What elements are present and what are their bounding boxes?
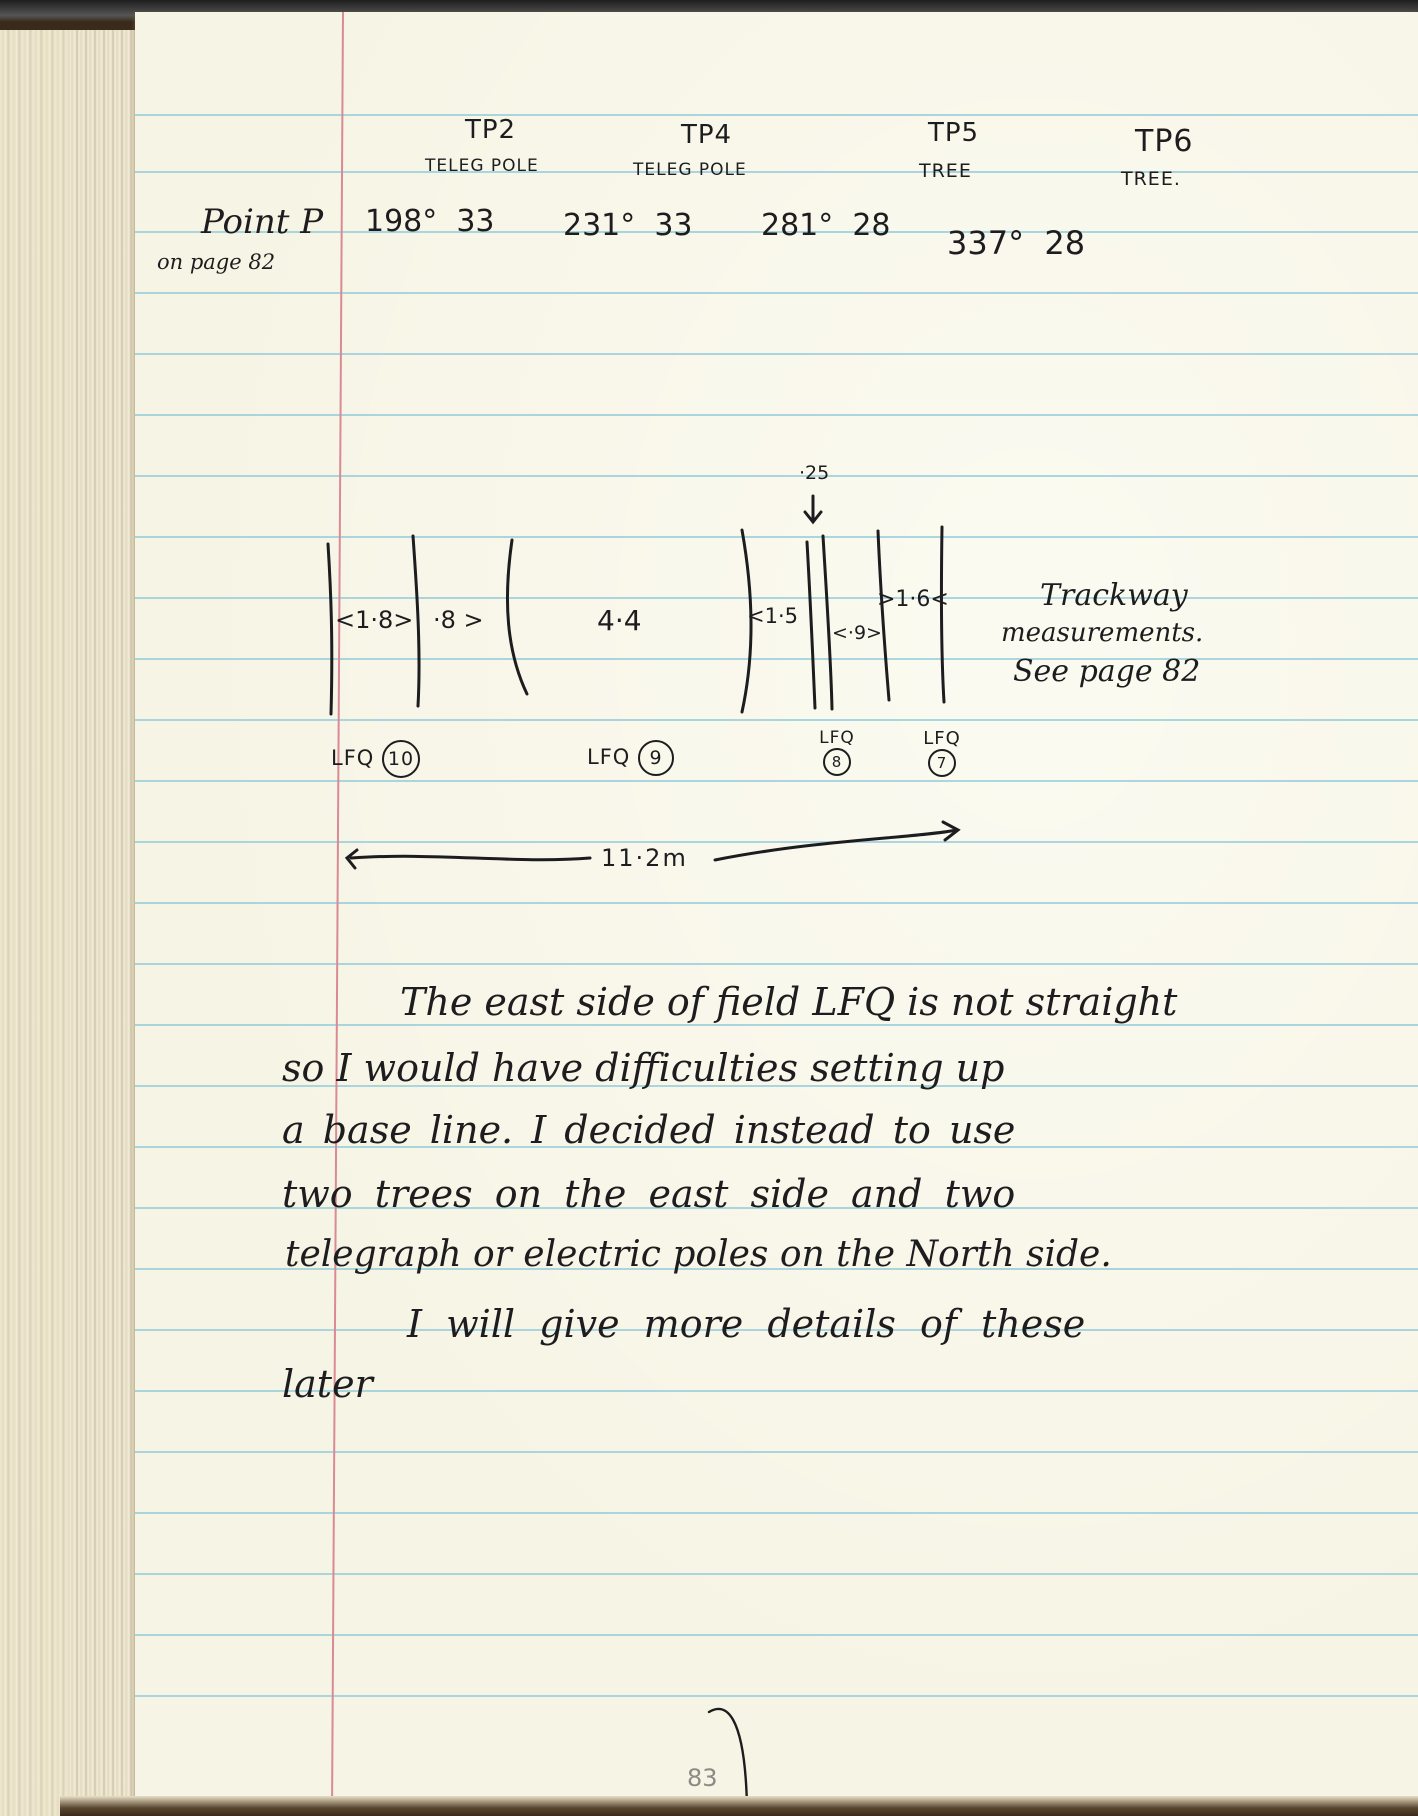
note-trackway: Trackway	[1040, 578, 1188, 613]
plot-number-circle: 8	[823, 748, 851, 776]
measurement-0-25: ·25	[799, 462, 829, 484]
measurement-1-5: <1·5	[747, 604, 798, 628]
trackway-diagram	[135, 12, 1418, 1802]
book-page-edges	[0, 30, 140, 1816]
body-line-4: two trees on the east side and two	[282, 1172, 1015, 1216]
lfq-8-label: LFQ8	[816, 728, 858, 776]
body-line-6: I will give more details of these	[407, 1302, 1085, 1346]
body-line-2: so I would have difficulties setting up	[282, 1046, 1004, 1090]
page-fold	[70, 30, 140, 1816]
body-line-3: a base line. I decided instead to use	[282, 1108, 1015, 1152]
book-bottom-edge	[60, 1796, 1418, 1816]
measurement-1-6: >1·6<	[877, 587, 949, 612]
measurement-4-4: 4·4	[597, 604, 642, 637]
page-number: 83	[687, 1764, 718, 1792]
field-code: LFQ	[331, 746, 374, 770]
lfq-7-label: LFQ7	[919, 728, 965, 777]
field-code: LFQ	[587, 745, 630, 769]
lfq-9-label: LFQ 9	[587, 740, 674, 776]
plot-number-circle: 9	[638, 740, 674, 776]
note-measurements: measurements.	[1001, 618, 1203, 648]
field-code: LFQ	[816, 728, 858, 748]
lfq-10-label: LFQ 10	[331, 740, 420, 778]
total-span-label: 11·2m	[601, 844, 688, 872]
measurement-0-8: ·8 >	[433, 606, 484, 634]
note-see-page: See page 82	[1013, 654, 1200, 689]
measurement-1-8: <1·8>	[335, 606, 413, 634]
body-line-1: The east side of field LFQ is not straig…	[400, 980, 1177, 1024]
body-line-7: later	[282, 1362, 373, 1406]
notebook-page: TP2 TELEG POLE TP4 TELEG POLE TP5 TREE T…	[135, 12, 1418, 1802]
body-line-5: telegraph or electric poles on the North…	[285, 1234, 1112, 1275]
plot-number-circle: 7	[928, 749, 956, 777]
field-code: LFQ	[919, 728, 965, 749]
plot-number-circle: 10	[382, 740, 420, 778]
measurement-0-9: <·9>	[832, 622, 882, 644]
